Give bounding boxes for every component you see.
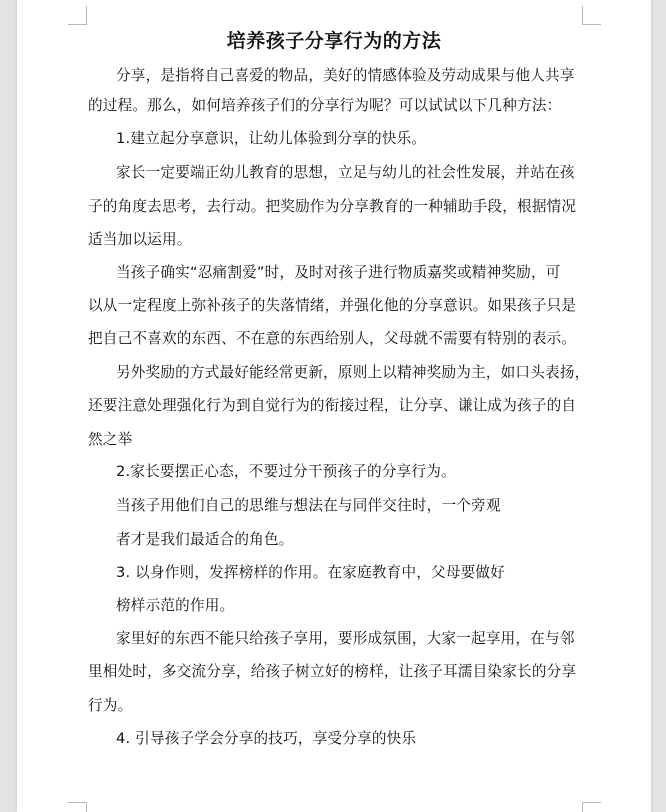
text-line: 当孩子确实“忍痛割爱”时，及时对孩子进行物质嘉奖或精神奖励，可 (116, 263, 588, 283)
text-line: 的过程。那么，如何培养孩子们的分享行为呢？可以试试以下几种方法： (88, 96, 588, 116)
text-line: 子的角度去思考，去行动。把奖励作为分享教育的一种辅助手段，根据情况 (88, 197, 588, 217)
text-line: 1.建立起分享意识，让幼儿体验到分享的快乐。 (116, 129, 588, 149)
text-line: 当孩子用他们自己的思维与想法在与同伴交往时，一个旁观 (116, 496, 588, 516)
document-title: 培养孩子分享行为的方法 (0, 28, 666, 54)
text-line: 分享，是指将自己喜爱的物品，美好的情感体验及劳动成果与他人共享 (116, 66, 588, 86)
text-line: 3. 以身作则，发挥榜样的作用。在家庭教育中，父母要做好 (116, 563, 588, 583)
text-line: 然之举 (88, 430, 588, 450)
margin-corner-mark-bottom-right (582, 802, 601, 812)
text-line: 把自己不喜欢的东西、不在意的东西给别人，父母就不需要有特别的表示。 (88, 329, 588, 349)
margin-corner-mark-top-left (68, 6, 87, 25)
margin-corner-mark-bottom-left (68, 802, 87, 812)
text-line: 2.家长要摆正心态，不要过分干预孩子的分享行为。 (116, 462, 588, 482)
document-page: 培养孩子分享行为的方法 分享，是指将自己喜爱的物品，美好的情感体验及劳动成果与他… (17, 0, 651, 812)
text-line: 适当加以运用。 (88, 230, 588, 250)
text-line: 另外奖励的方式最好能经常更新，原则上以精神奖励为主，如口头表扬， (116, 363, 588, 383)
margin-corner-mark-top-right (582, 6, 601, 25)
text-line: 里相处时，多交流分享，给孩子树立好的榜样，让孩子耳濡目染家长的分享 (88, 662, 588, 682)
text-line: 行为。 (88, 696, 588, 716)
text-line: 还要注意处理强化行为到自觉行为的衔接过程，让分享、谦让成为孩子的自 (88, 396, 588, 416)
text-line: 者才是我们最适合的角色。 (116, 530, 588, 550)
text-line: 4. 引导孩子学会分享的技巧，享受分享的快乐 (116, 729, 588, 749)
text-line: 榜样示范的作用。 (116, 596, 588, 616)
text-line: 家里好的东西不能只给孩子享用，要形成氛围，大家一起享用，在与邻 (116, 629, 588, 649)
text-line: 家长一定要端正幼儿教育的思想，立足与幼儿的社会性发展，并站在孩 (116, 163, 588, 183)
text-line: 以从一定程度上弥补孩子的失落情绪，并强化他的分享意识。如果孩子只是 (88, 296, 588, 316)
